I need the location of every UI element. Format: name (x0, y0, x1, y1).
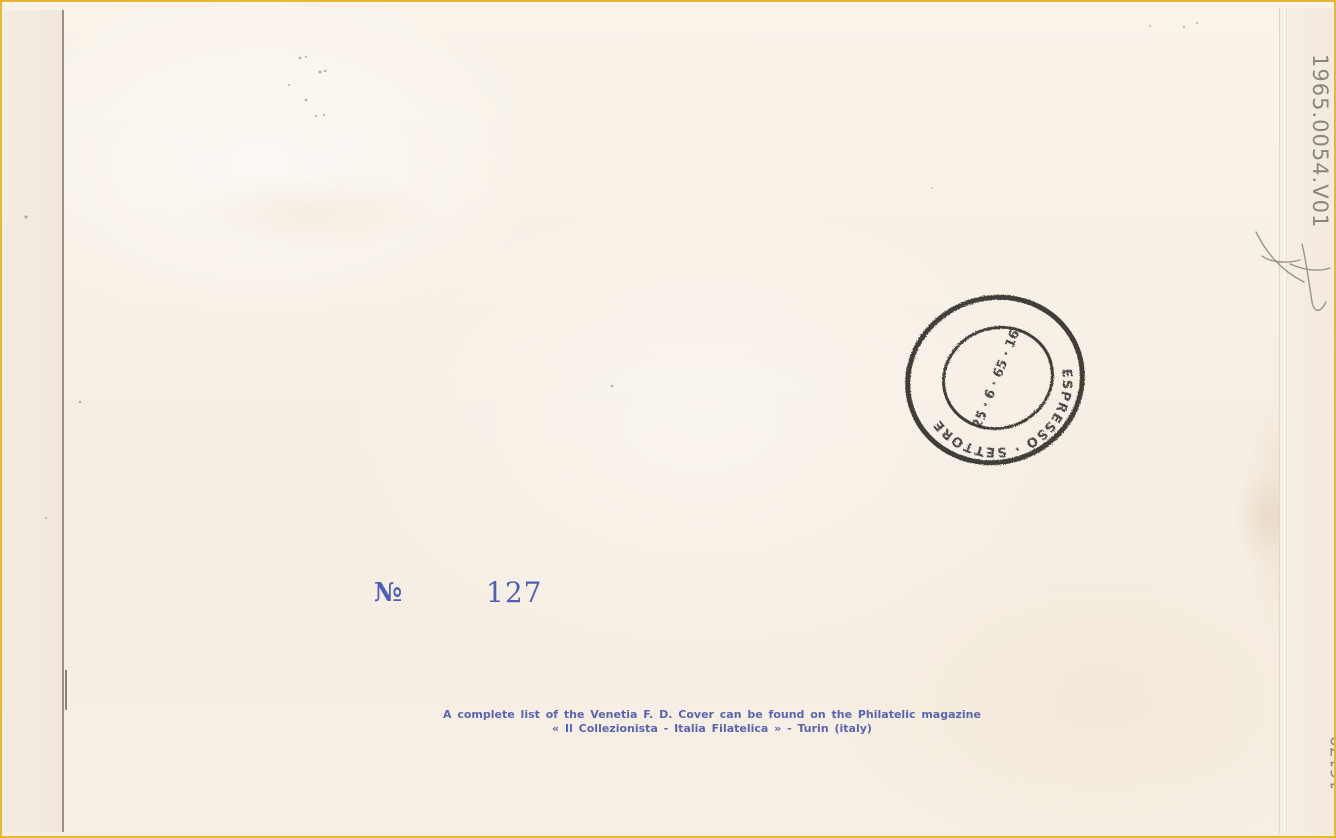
envelope-scan: ESPRESSO · SETTORE 25 · 6 · 65 · 16 № 12… (0, 0, 1336, 838)
pencil-initials-icon (1242, 152, 1336, 322)
printed-note-line-2: « Il Collezionista - Italia Filatelica »… (382, 722, 1042, 736)
printed-note-line-1: A complete list of the Venetia F. D. Cov… (382, 708, 1042, 722)
postmark-date: 25 · 6 · 65 · 16 (970, 328, 1023, 431)
serial-number-value: 127 (486, 576, 542, 609)
postmark: ESPRESSO · SETTORE 25 · 6 · 65 · 16 (900, 290, 1090, 470)
printed-note: A complete list of the Venetia F. D. Cov… (382, 708, 1042, 736)
serial-number-sign: № (374, 578, 401, 608)
pencil-catalog-number: 16170 (1328, 736, 1336, 790)
